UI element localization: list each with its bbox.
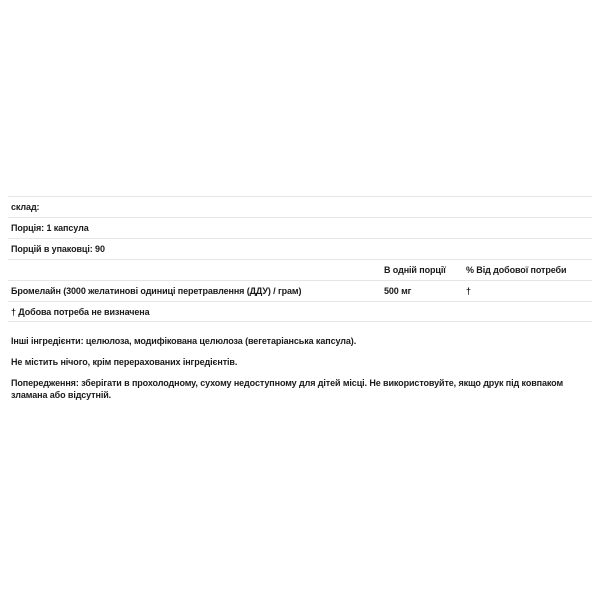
supplement-facts-table: склад: Порція: 1 капсула Порцій в упаков… bbox=[8, 196, 592, 322]
ingredient-name: Бромелайн (3000 желатинові одиниці перет… bbox=[11, 286, 384, 296]
column-header-daily-value: % Від добової потреби bbox=[466, 265, 592, 275]
servings-per-container: Порцій в упаковці: 90 bbox=[11, 244, 105, 254]
facts-header-row: склад: bbox=[8, 196, 592, 217]
footnote-row: † Добова потреба не визначена bbox=[8, 301, 592, 322]
table-row: Бромелайн (3000 желатинові одиниці перет… bbox=[8, 280, 592, 301]
column-header-row: В одній порції % Від добової потреби bbox=[8, 259, 592, 280]
column-header-amount: В одній порції bbox=[384, 265, 466, 275]
ingredient-amount: 500 мг bbox=[384, 286, 466, 296]
product-notes: Інші інгредієнти: целюлоза, модифікована… bbox=[11, 335, 586, 410]
serving-size: Порція: 1 капсула bbox=[11, 223, 89, 233]
warning-statement: Попередження: зберігати в прохолодному, … bbox=[11, 377, 586, 401]
contains-statement: Не містить нічого, крім перерахованих ін… bbox=[11, 356, 586, 368]
servings-per-container-row: Порцій в упаковці: 90 bbox=[8, 238, 592, 259]
serving-size-row: Порція: 1 капсула bbox=[8, 217, 592, 238]
ingredient-daily-value: † bbox=[466, 286, 592, 296]
facts-header: склад: bbox=[11, 202, 39, 212]
other-ingredients: Інші інгредієнти: целюлоза, модифікована… bbox=[11, 335, 586, 347]
footnote: † Добова потреба не визначена bbox=[11, 307, 150, 317]
